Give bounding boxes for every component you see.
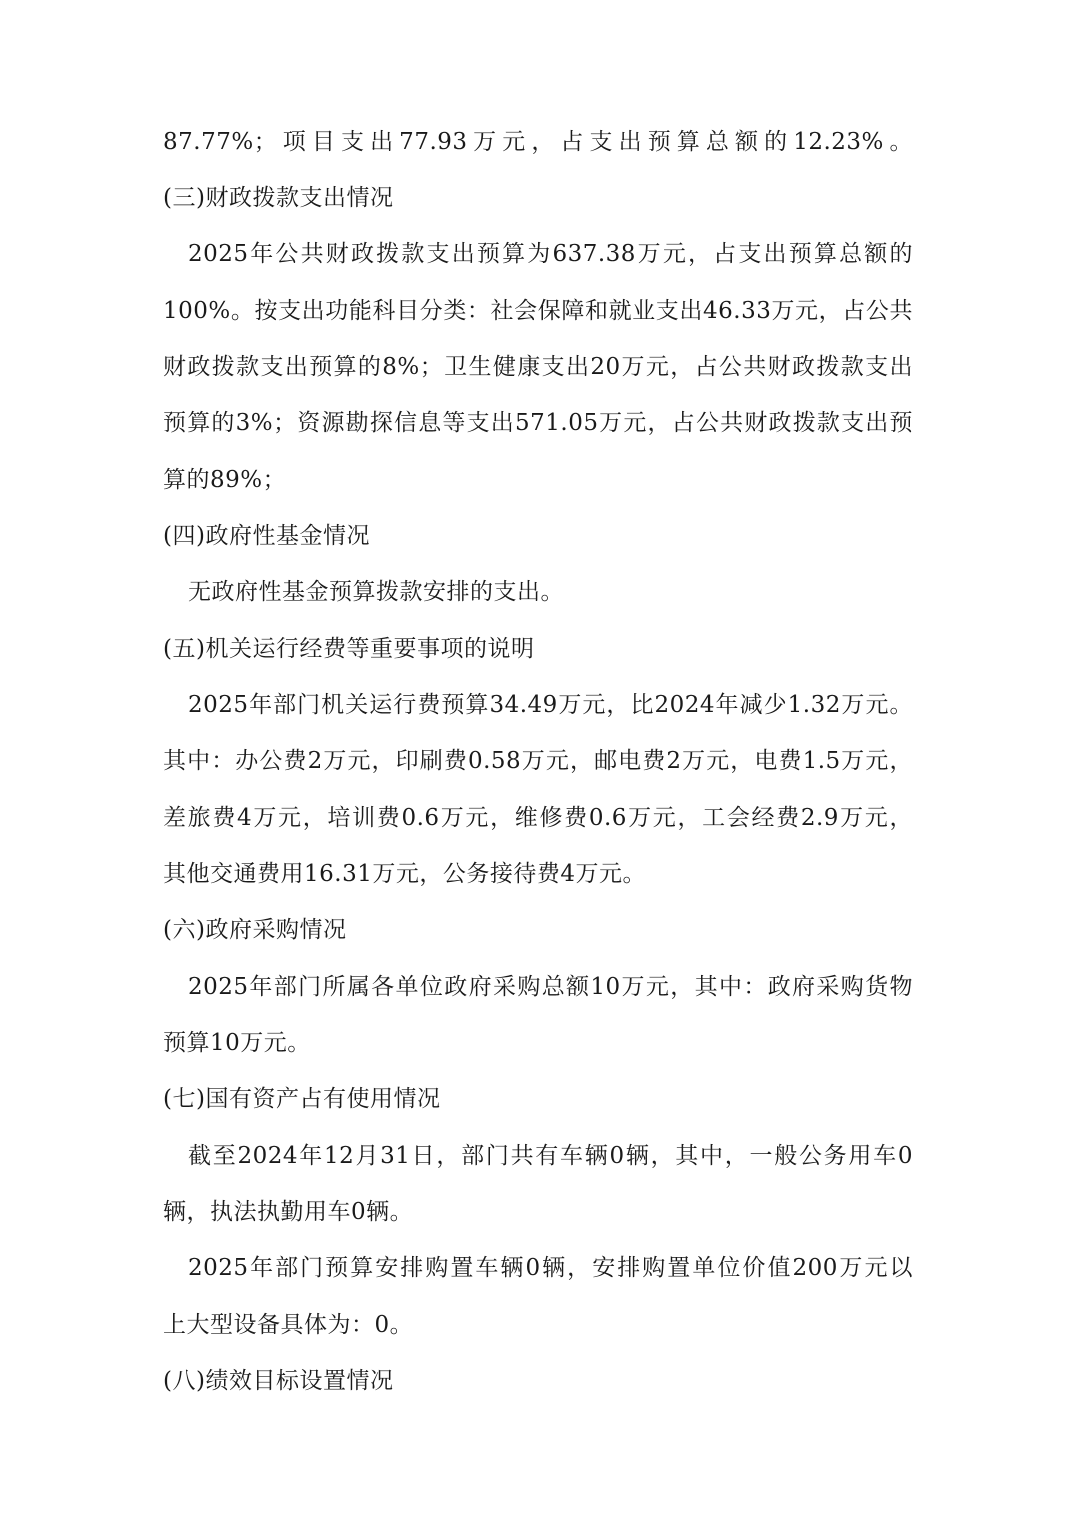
paragraph-line: 2025年部门预算安排购置车辆0辆，安排购置单位价值200万元以: [188, 1248, 913, 1288]
paragraph-line: 100%。按支出功能科目分类：社会保障和就业支出46.33万元，占公共: [163, 291, 913, 331]
paragraph-line: 上大型设备具体为：0。: [163, 1305, 913, 1345]
paragraph-line: 2025年公共财政拨款支出预算为637.38万元，占支出预算总额的: [188, 234, 913, 274]
paragraph-line: 无政府性基金预算拨款安排的支出。: [188, 572, 913, 612]
paragraph-line: 预算10万元。: [163, 1023, 913, 1063]
section-heading-5: (五)机关运行经费等重要事项的说明: [163, 629, 913, 669]
section-heading-6: (六)政府采购情况: [163, 910, 913, 950]
paragraph-line: 其中：办公费2万元，印刷费0.58万元，邮电费2万元，电费1.5万元，: [163, 741, 913, 781]
paragraph-line: 87.77%；项目支出77.93万元，占支出预算总额的12.23%。: [163, 122, 913, 162]
section-heading-8: (八)绩效目标设置情况: [163, 1361, 913, 1401]
paragraph-line: 财政拨款支出预算的8%；卫生健康支出20万元，占公共财政拨款支出: [163, 347, 913, 387]
paragraph-line: 辆，执法执勤用车0辆。: [163, 1192, 913, 1232]
document-page: 87.77%；项目支出77.93万元，占支出预算总额的12.23%。 (三)财政…: [0, 0, 1074, 1520]
paragraph-line: 2025年部门机关运行费预算34.49万元，比2024年减少1.32万元。: [188, 685, 913, 725]
section-heading-4: (四)政府性基金情况: [163, 516, 913, 556]
section-heading-7: (七)国有资产占有使用情况: [163, 1079, 913, 1119]
paragraph-line: 差旅费4万元，培训费0.6万元，维修费0.6万元，工会经费2.9万元，: [163, 798, 913, 838]
paragraph-line: 其他交通费用16.31万元，公务接待费4万元。: [163, 854, 913, 894]
paragraph-line: 预算的3%；资源勘探信息等支出571.05万元，占公共财政拨款支出预: [163, 403, 913, 443]
section-heading-3: (三)财政拨款支出情况: [163, 178, 913, 218]
paragraph-line: 截至2024年12月31日，部门共有车辆0辆，其中，一般公务用车0: [188, 1136, 913, 1176]
paragraph-line: 算的89%；: [163, 460, 913, 500]
paragraph-line: 2025年部门所属各单位政府采购总额10万元，其中：政府采购货物: [188, 967, 913, 1007]
